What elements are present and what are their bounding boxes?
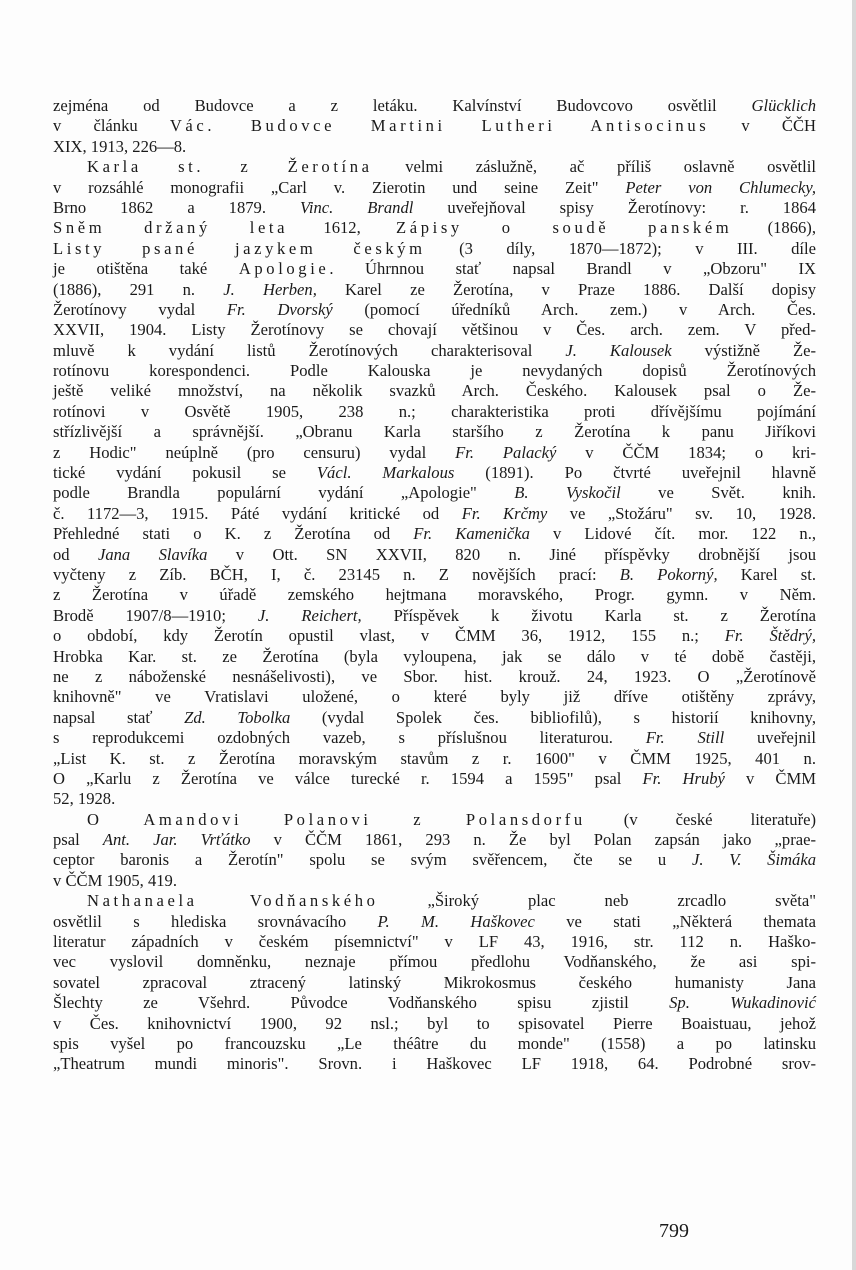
spaced-title: Apologie xyxy=(239,259,330,278)
text-line: rotínovu korespondenci. Podle Kalouska j… xyxy=(53,361,816,381)
text-line: Nathanaela Vodňanského „Široký plac neb … xyxy=(53,891,816,911)
text-segment: rotínovu korespondenci. Podle Kalouska j… xyxy=(53,361,816,380)
italic-reference: J. Kalousek xyxy=(565,341,671,360)
italic-reference: Peter von Chlumecky, xyxy=(625,178,816,197)
italic-reference: B. Vyskočil xyxy=(514,483,620,502)
italic-reference: Vinc. Brandl xyxy=(300,198,413,217)
text-segment: (1891). Po čtvrté uveřejnil hlavně xyxy=(454,463,816,482)
text-segment: spis vyšel po francouzsku „Le théâtre du… xyxy=(53,1034,816,1053)
text-segment: ve stati „Některá themata xyxy=(535,912,816,931)
text-line: o období, kdy Žerotín opustil vlast, v Č… xyxy=(53,626,816,646)
text-segment: rotínovi v Osvětě 1905, 238 n.; charakte… xyxy=(53,402,816,421)
text-segment: . Úhrnnou stať napsal Brandl v „Obzoru" … xyxy=(329,259,816,278)
text-line: rotínovi v Osvětě 1905, 238 n.; charakte… xyxy=(53,402,816,422)
text-segment: ceptor baronis a Žerotín" spolu se svým … xyxy=(53,850,692,869)
text-line: z Žerotína v úřadě zemského hejtmana mor… xyxy=(53,585,816,605)
text-line: mluvě k vydání listů Žerotínových charak… xyxy=(53,341,816,361)
text-segment: tické vydání pokusil se xyxy=(53,463,317,482)
text-line: psal Ant. Jar. Vrťátko v ČČM 1861, 293 n… xyxy=(53,830,816,850)
text-line: střízlivější a správnější. „Obranu Karla… xyxy=(53,422,816,442)
text-segment: z Žerotína v úřadě zemského hejtmana mor… xyxy=(53,585,816,604)
text-line: v ČČM 1905, 419. xyxy=(53,871,816,891)
italic-reference: P. M. Haškovec xyxy=(378,912,535,931)
text-line: podle Brandla populární vydání „Apologie… xyxy=(53,483,816,503)
text-segment: (1866), xyxy=(732,218,816,237)
text-line: knihovně" ve Vratislavi uložené, o které… xyxy=(53,687,816,707)
text-segment: velmi záslužně, ač příliš oslavně osvětl… xyxy=(373,157,816,176)
text-segment: z Hodic" neúplně (pro censuru) vydal xyxy=(53,443,455,462)
text-line: Karla st. z Žerotína velmi záslužně, ač … xyxy=(53,157,816,177)
spaced-title: Nathanaela Vodňanského xyxy=(87,891,379,910)
text-line: ceptor baronis a Žerotín" spolu se svým … xyxy=(53,850,816,870)
italic-reference: J. Reichert, xyxy=(258,606,362,625)
text-segment: Brodě 1907/8—1910; xyxy=(53,606,258,625)
text-segment: Hrobka Kar. st. ze Žerotína (byla vyloup… xyxy=(53,647,816,666)
text-segment: v ČČM 1834; o kri- xyxy=(556,443,816,462)
text-segment: uveřejňoval spisy Žerotínovy: r. 1864 xyxy=(413,198,816,217)
text-line: spis vyšel po francouzsku „Le théâtre du… xyxy=(53,1034,816,1054)
text-segment: podle Brandla populární vydání „Apologie… xyxy=(53,483,514,502)
spaced-title: Listy psané jazykem českým xyxy=(53,239,426,258)
italic-reference: Glücklich xyxy=(751,96,816,115)
body-text: zejména od Budovce a z letáku. Kalvínstv… xyxy=(53,96,816,1075)
text-segment: v ČČM 1905, 419. xyxy=(53,871,177,890)
page-edge xyxy=(852,0,856,1270)
text-segment: 52, 1928. xyxy=(53,789,115,808)
italic-reference: Zd. Tobolka xyxy=(184,708,290,727)
text-line: „Theatrum mundi minoris". Srovn. i Haško… xyxy=(53,1054,816,1074)
text-segment: psal xyxy=(53,830,103,849)
text-line: (1886), 291 n. J. Herben, Karel ze Žerot… xyxy=(53,280,816,300)
italic-reference: Jana Slavíka xyxy=(98,545,207,564)
text-segment: literatur západních v českém písemnictví… xyxy=(53,932,816,951)
italic-reference: J. Herben, xyxy=(223,280,317,299)
text-segment: XXVII, 1904. Listy Žerotínovy se chovají… xyxy=(53,320,816,339)
spaced-title: Sněm držaný leta xyxy=(53,218,288,237)
text-segment: (vydal Spolek čes. bibliofilů), s histor… xyxy=(290,708,816,727)
text-segment: (3 díly, 1870—1872); v III. díle xyxy=(426,239,816,258)
text-line: Žerotínovy vydal Fr. Dvorský (pomocí úře… xyxy=(53,300,816,320)
text-segment: ne z náboženské nesnášelivosti), ve Sbor… xyxy=(53,667,816,686)
text-segment: ještě veliké množství, na několik svazků… xyxy=(53,381,816,400)
text-segment: uveřejnil xyxy=(724,728,816,747)
text-segment: ve Svět. knih. xyxy=(621,483,816,502)
italic-reference: Fr. Kamenička xyxy=(413,524,530,543)
text-line: sovatel zpracoval ztracený latinský Mikr… xyxy=(53,973,816,993)
text-segment: mluvě k vydání listů Žerotínových charak… xyxy=(53,341,565,360)
text-segment: sovatel zpracoval ztracený latinský Mikr… xyxy=(53,973,816,992)
text-line: tické vydání pokusil se Václ. Markalous … xyxy=(53,463,816,483)
text-line: O „Karlu z Žerotína ve válce turecké r. … xyxy=(53,769,816,789)
text-line: č. 1172—3, 1915. Páté vydání kritické od… xyxy=(53,504,816,524)
italic-reference: Fr. Krčmy xyxy=(462,504,548,523)
text-segment: v Ott. SN XXVII, 820 n. Jiné příspěvky d… xyxy=(207,545,816,564)
text-segment: v rozsáhlé monografii „Carl v. Zierotin … xyxy=(53,178,625,197)
text-segment: „List K. st. z Žerotína moravským stavům… xyxy=(53,749,816,768)
text-line: z Hodic" neúplně (pro censuru) vydal Fr.… xyxy=(53,443,816,463)
text-line: napsal stať Zd. Tobolka (vydal Spolek če… xyxy=(53,708,816,728)
text-line: vyčteny z Zíb. BČH, I, č. 23145 n. Z nov… xyxy=(53,565,816,585)
text-line: ne z náboženské nesnášelivosti), ve Sbor… xyxy=(53,667,816,687)
text-segment: (1886), 291 n. xyxy=(53,280,223,299)
text-line: ještě veliké množství, na několik svazků… xyxy=(53,381,816,401)
text-line: Listy psané jazykem českým (3 díly, 1870… xyxy=(53,239,816,259)
text-line: v rozsáhlé monografii „Carl v. Zierotin … xyxy=(53,178,816,198)
text-segment: Brno 1862 a 1879. xyxy=(53,198,300,217)
italic-reference: Fr. Štědrý, xyxy=(725,626,816,645)
text-line: 52, 1928. xyxy=(53,789,816,809)
text-segment: s reprodukcemi ozdobných vazeb, s příslu… xyxy=(53,728,646,747)
text-segment: Karel ze Žerotína, v Praze 1886. Další d… xyxy=(317,280,816,299)
text-segment: v ČMM xyxy=(725,769,816,788)
text-segment: osvětlil s hlediska srovnávacího xyxy=(53,912,378,931)
text-line: Šlechty ze Všehrd. Původce Vodňanského s… xyxy=(53,993,816,1013)
text-line: osvětlil s hlediska srovnávacího P. M. H… xyxy=(53,912,816,932)
text-segment: Příspěvek k životu Karla st. z Žerotína xyxy=(362,606,816,625)
text-segment: vyčteny z Zíb. BČH, I, č. 23145 n. Z nov… xyxy=(53,565,620,584)
text-segment: (v české literatuře) xyxy=(586,810,816,829)
text-line: od Jana Slavíka v Ott. SN XXVII, 820 n. … xyxy=(53,545,816,565)
text-segment: napsal stať xyxy=(53,708,184,727)
text-line: Brno 1862 a 1879. Vinc. Brandl uveřejňov… xyxy=(53,198,816,218)
spaced-title: Karla st. z Žerotína xyxy=(87,157,373,176)
text-segment: knihovně" ve Vratislavi uložené, o které… xyxy=(53,687,816,706)
text-line: Brodě 1907/8—1910; J. Reichert, Příspěve… xyxy=(53,606,816,626)
spaced-title: Vác. Budovce Martini Lutheri Antisocinus xyxy=(170,116,709,135)
spaced-title: O Amandovi Polanovi z Polansdorfu xyxy=(87,810,586,829)
text-line: zejména od Budovce a z letáku. Kalvínstv… xyxy=(53,96,816,116)
text-segment: vec vyslovil domněnku, neznaje přímou př… xyxy=(53,952,816,971)
text-segment: Šlechty ze Všehrd. Původce Vodňanského s… xyxy=(53,993,669,1012)
text-line: „List K. st. z Žerotína moravským stavům… xyxy=(53,749,816,769)
text-line: v článku Vác. Budovce Martini Lutheri An… xyxy=(53,116,816,136)
text-line: XIX, 1913, 226—8. xyxy=(53,137,816,157)
text-segment: od xyxy=(53,545,98,564)
text-line: Sněm držaný leta 1612, Zápisy o soudě pa… xyxy=(53,218,816,238)
text-segment: XIX, 1913, 226—8. xyxy=(53,137,186,156)
text-segment: zejména od Budovce a z letáku. Kalvínstv… xyxy=(53,96,751,115)
text-segment: O „Karlu z Žerotína ve válce turecké r. … xyxy=(53,769,643,788)
italic-reference: Václ. Markalous xyxy=(317,463,454,482)
italic-reference: J. V. Šimáka xyxy=(692,850,816,869)
text-line: v Čes. knihovnictví 1900, 92 nsl.; byl t… xyxy=(53,1014,816,1034)
italic-reference: Fr. Still xyxy=(646,728,724,747)
text-segment: 1612, xyxy=(288,218,396,237)
text-segment: v článku xyxy=(53,116,170,135)
text-segment: výstižně Že- xyxy=(672,341,816,360)
text-segment: je otištěna také xyxy=(53,259,239,278)
italic-reference: B. Pokorný, xyxy=(620,565,718,584)
text-line: literatur západních v českém písemnictví… xyxy=(53,932,816,952)
text-segment: (pomocí úředníků Arch. zem.) v Arch. Čes… xyxy=(333,300,816,319)
italic-reference: Fr. Palacký xyxy=(455,443,556,462)
text-segment: v ČČH xyxy=(709,116,816,135)
italic-reference: Fr. Hrubý xyxy=(643,769,725,788)
text-segment: o období, kdy Žerotín opustil vlast, v Č… xyxy=(53,626,725,645)
text-line: O Amandovi Polanovi z Polansdorfu (v čes… xyxy=(53,810,816,830)
text-segment: „Široký plac neb zrcadlo světa" xyxy=(379,891,816,910)
text-segment: v ČČM 1861, 293 n. Že byl Polan zapsán j… xyxy=(251,830,816,849)
spaced-title: Zápisy o soudě panském xyxy=(396,218,732,237)
italic-reference: Fr. Dvorský xyxy=(227,300,333,319)
italic-reference: Sp. Wukadinović xyxy=(669,993,816,1012)
text-segment: Přehledné stati o K. z Žerotína od xyxy=(53,524,413,543)
text-segment: Karel st. xyxy=(718,565,816,584)
text-line: je otištěna také Apologie. Úhrnnou stať … xyxy=(53,259,816,279)
text-line: s reprodukcemi ozdobných vazeb, s příslu… xyxy=(53,728,816,748)
page-number: 799 xyxy=(659,1220,689,1243)
text-segment: Žerotínovy vydal xyxy=(53,300,227,319)
text-line: Hrobka Kar. st. ze Žerotína (byla vyloup… xyxy=(53,647,816,667)
italic-reference: Ant. Jar. Vrťátko xyxy=(103,830,251,849)
text-segment: střízlivější a správnější. „Obranu Karla… xyxy=(53,422,816,441)
text-segment: č. 1172—3, 1915. Páté vydání kritické od xyxy=(53,504,462,523)
text-segment: v Lidové čít. mor. 122 n., xyxy=(530,524,816,543)
text-segment: „Theatrum mundi minoris". Srovn. i Haško… xyxy=(53,1054,816,1073)
text-line: Přehledné stati o K. z Žerotína od Fr. K… xyxy=(53,524,816,544)
text-line: XXVII, 1904. Listy Žerotínovy se chovají… xyxy=(53,320,816,340)
text-segment: ve „Stožáru" sv. 10, 1928. xyxy=(547,504,816,523)
text-segment: v Čes. knihovnictví 1900, 92 nsl.; byl t… xyxy=(53,1014,816,1033)
text-line: vec vyslovil domněnku, neznaje přímou př… xyxy=(53,952,816,972)
